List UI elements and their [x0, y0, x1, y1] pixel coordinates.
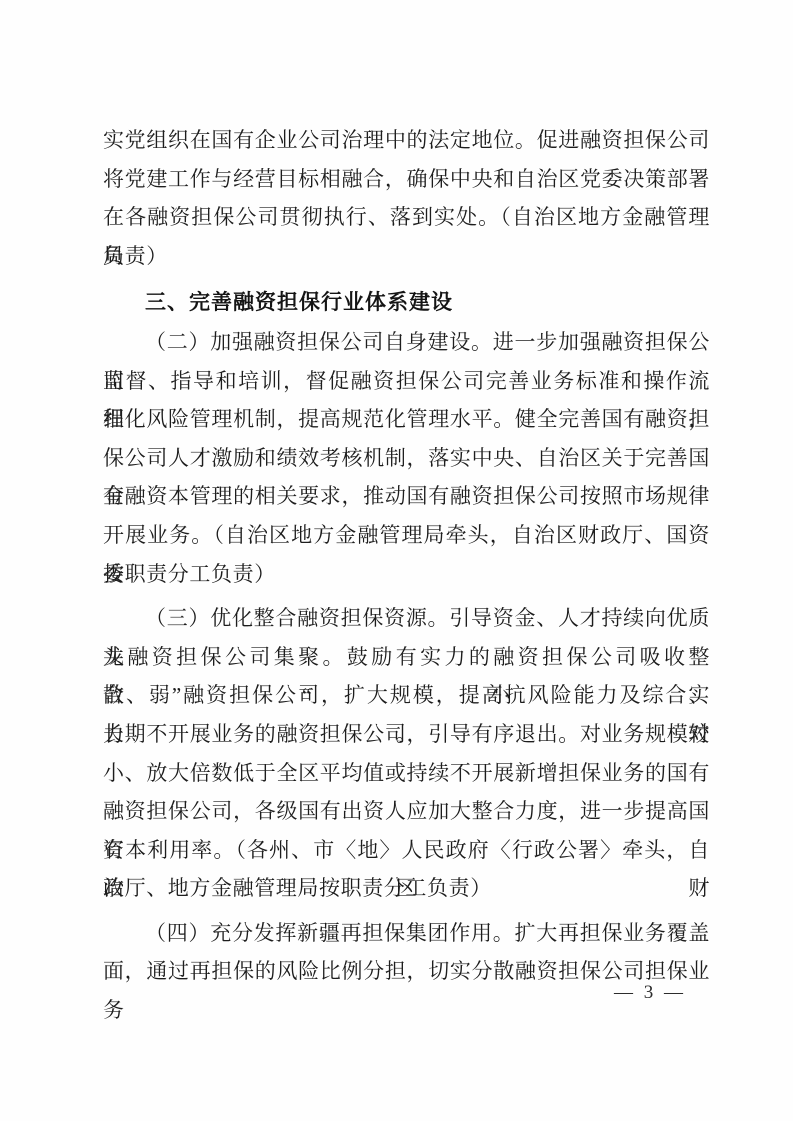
text-line: 将党建工作与经营目标相融合，确保中央和自治区党委决策部署: [103, 160, 710, 199]
text-line: （二）加强融资担保公司自身建设。进一步加强融资担保公司: [103, 323, 710, 362]
text-line: 监督、指导和培训，督促融资担保公司完善业务标准和操作流程，: [103, 362, 710, 401]
document-page: 实党组织在国有企业公司治理中的法定地位。促进融资担保公司将党建工作与经营目标相融…: [0, 0, 793, 1121]
text-line: （三）优化整合融资担保资源。引导资金、人才持续向优质龙: [103, 599, 710, 638]
text-line: 长期不开展业务的融资担保公司，引导有序退出。对业务规模较: [103, 715, 710, 754]
text-line: 细化风险管理机制，提高规范化管理水平。健全完善国有融资担: [103, 400, 710, 439]
page-number: — 3 —: [614, 982, 686, 1003]
text-line: 保公司人才激励和绩效考核机制，落实中央、自治区关于完善国有: [103, 439, 710, 478]
text-line: 在各融资担保公司贯彻执行、落到实处。（自治区地方金融管理局: [103, 198, 710, 237]
text-line: 散、弱”融资担保公司，扩大规模，提高抗风险能力及综合实力。对: [103, 676, 710, 715]
text-line: 头融资担保公司集聚。鼓励有实力的融资担保公司吸收整合“小、: [103, 638, 710, 677]
text-line: 资本利用率。（各州、市〈地〉人民政府〈行政公署〉牵头，自治区财: [103, 831, 710, 870]
paragraph: （三）优化整合融资担保资源。引导资金、人才持续向优质龙头融资担保公司集聚。鼓励有…: [103, 599, 710, 908]
heading-line: 三、完善融资担保行业体系建设: [103, 284, 710, 323]
paragraph: （四）充分发挥新疆再担保集团作用。扩大再担保业务覆盖面，通过再担保的风险比例分担…: [103, 914, 710, 991]
paragraph: （二）加强融资担保公司自身建设。进一步加强融资担保公司监督、指导和培训，督促融资…: [103, 323, 710, 593]
section-heading: 三、完善融资担保行业体系建设: [103, 284, 710, 323]
document-body: 实党组织在国有企业公司治理中的法定地位。促进融资担保公司将党建工作与经营目标相融…: [103, 121, 710, 991]
text-line: 金融资本管理的相关要求，推动国有融资担保公司按照市场规律: [103, 477, 710, 516]
text-line: （四）充分发挥新疆再担保集团作用。扩大再担保业务覆盖: [103, 914, 710, 953]
text-line: 负责）: [103, 237, 710, 276]
text-line: 开展业务。（自治区地方金融管理局牵头，自治区财政厅、国资委: [103, 516, 710, 555]
text-line: 实党组织在国有企业公司治理中的法定地位。促进融资担保公司: [103, 121, 710, 160]
text-line: 按职责分工负责）: [103, 555, 710, 594]
text-line: 小、放大倍数低于全区平均值或持续不开展新增担保业务的国有: [103, 754, 710, 793]
text-line: 融资担保公司，各级国有出资人应加大整合力度，进一步提高国有: [103, 792, 710, 831]
paragraph: 实党组织在国有企业公司治理中的法定地位。促进融资担保公司将党建工作与经营目标相融…: [103, 121, 710, 275]
page-footer: — 3 —: [614, 982, 686, 1004]
